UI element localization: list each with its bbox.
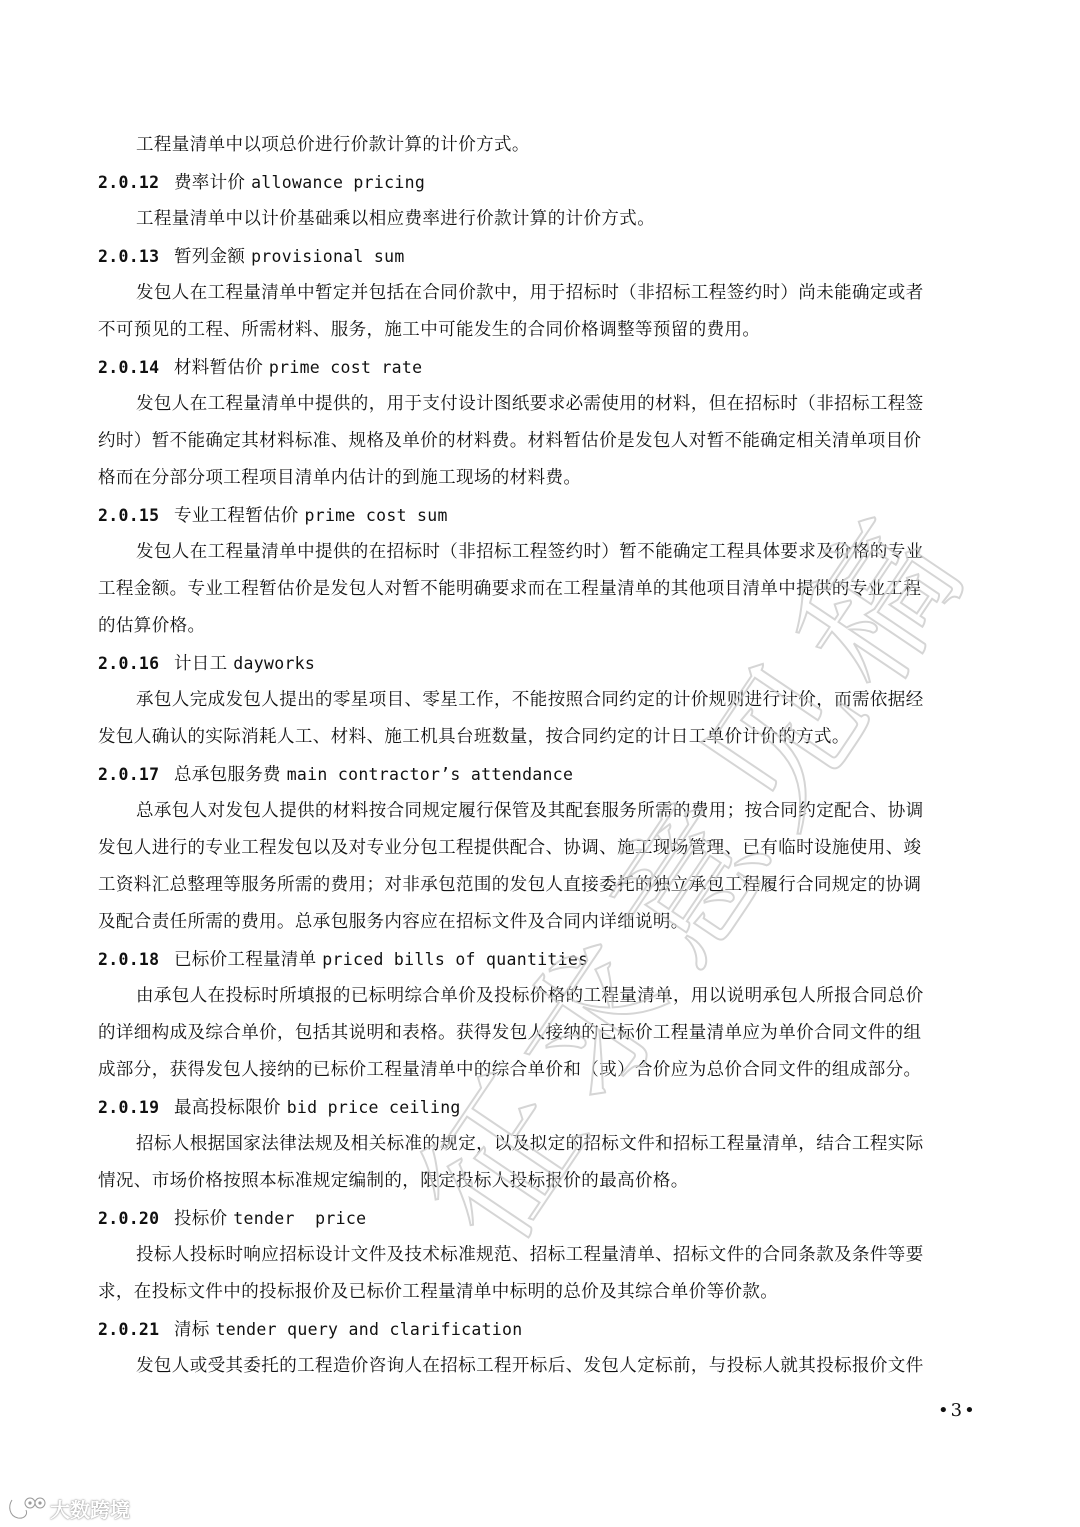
section-number: 2.0.12: [98, 164, 160, 201]
term-english: prime cost rate: [269, 358, 423, 377]
definition-text-line: 由承包人在投标时所填报的已标明综合单价及投标价格的工程量清单，用以说明承包人所报…: [98, 978, 976, 1015]
term-english: dayworks: [233, 654, 315, 673]
definition-text-line: 发包人在工程量清单中提供的在招标时（非招标工程签约时）暂不能确定工程具体要求及价…: [98, 534, 976, 571]
term-chinese: 暂列金额: [174, 247, 245, 267]
section-number: 2.0.17: [98, 756, 160, 793]
definition-text-line: 成部分，获得发包人接纳的已标价工程量清单中的综合单价和（或）合价应为总价合同文件…: [98, 1052, 976, 1089]
term-chinese: 投标价: [174, 1209, 227, 1229]
term-english: bid price ceiling: [287, 1098, 461, 1117]
definition-text-line: 承包人完成发包人提出的零星项目、零星工作，不能按照合同约定的计价规则进行计价，而…: [98, 682, 976, 719]
document-body: 工程量清单中以项总价进行价款计算的计价方式。 2.0.12费率计价 allowa…: [98, 127, 976, 1385]
sections-container: 2.0.12费率计价 allowance pricing工程量清单中以计价基础乘…: [98, 164, 976, 1385]
term-english: allowance pricing: [251, 173, 425, 192]
definition-text-line: 招标人根据国家法律法规及相关标准的规定，以及拟定的招标文件和招标工程量清单，结合…: [98, 1126, 976, 1163]
section-number: 2.0.13: [98, 238, 160, 275]
section-heading: 2.0.19最高投标限价 bid price ceiling: [98, 1089, 976, 1126]
page-number: •3•: [938, 1400, 977, 1421]
term-chinese: 清标: [174, 1320, 210, 1340]
section-number: 2.0.20: [98, 1200, 160, 1237]
definition-text-line: 工程量清单中以计价基础乘以相应费率进行价款计算的计价方式。: [98, 201, 976, 238]
section-heading: 2.0.17总承包服务费 main contractor’s attendanc…: [98, 756, 976, 793]
section-number: 2.0.21: [98, 1311, 160, 1348]
term-chinese: 总承包服务费: [174, 765, 281, 785]
section-heading: 2.0.21清标 tender query and clarification: [98, 1311, 976, 1348]
intro-line: 工程量清单中以项总价进行价款计算的计价方式。: [98, 127, 976, 164]
term-english: provisional sum: [251, 247, 405, 266]
definition-text-line: 工资料汇总整理等服务所需的费用；对非承包范围的发包人直接委托的独立承包工程履行合…: [98, 867, 976, 904]
term-chinese: 费率计价: [174, 173, 245, 193]
section-heading: 2.0.13暂列金额 provisional sum: [98, 238, 976, 275]
brand-logo-text: 大数跨境: [50, 1494, 130, 1523]
section-heading: 2.0.16计日工 dayworks: [98, 645, 976, 682]
term-chinese: 专业工程暂估价: [174, 506, 299, 526]
term-chinese: 最高投标限价: [174, 1098, 281, 1118]
definition-text-line: 格而在分部分项工程项目清单内估计的到施工现场的材料费。: [98, 460, 976, 497]
section-number: 2.0.18: [98, 941, 160, 978]
definition-text-line: 发包人在工程量清单中暂定并包括在合同价款中，用于招标时（非招标工程签约时）尚未能…: [98, 275, 976, 312]
term-chinese: 材料暂估价: [174, 358, 263, 378]
definition-text-line: 不可预见的工程、所需材料、服务，施工中可能发生的合同价格调整等预留的费用。: [98, 312, 976, 349]
term-chinese: 计日工: [174, 654, 227, 674]
section-heading: 2.0.14材料暂估价 prime cost rate: [98, 349, 976, 386]
definition-text-line: 工程金额。专业工程暂估价是发包人对暂不能明确要求而在工程量清单的其他项目清单中提…: [98, 571, 976, 608]
definition-text-line: 情况、市场价格按照本标准规定编制的，限定投标人投标报价的最高价格。: [98, 1163, 976, 1200]
weibo-style-eye-icon: [6, 1496, 46, 1522]
term-english: prime cost sum: [304, 506, 447, 525]
section-heading: 2.0.20投标价 tender price: [98, 1200, 976, 1237]
section-number: 2.0.15: [98, 497, 160, 534]
brand-logo: 大数跨境: [6, 1494, 130, 1523]
document-page: 工程量清单中以项总价进行价款计算的计价方式。 2.0.12费率计价 allowa…: [0, 0, 1080, 1527]
definition-text-line: 发包人进行的专业工程发包以及对专业分包工程提供配合、协调、施工现场管理、已有临时…: [98, 830, 976, 867]
definition-text-line: 发包人在工程量清单中提供的，用于支付设计图纸要求必需使用的材料，但在招标时（非招…: [98, 386, 976, 423]
term-english: tender query and clarification: [215, 1320, 522, 1339]
section-heading: 2.0.18已标价工程量清单 priced bills of quantitie…: [98, 941, 976, 978]
section-number: 2.0.14: [98, 349, 160, 386]
definition-text-line: 投标人投标时响应招标设计文件及技术标准规范、招标工程量清单、招标文件的合同条款及…: [98, 1237, 976, 1274]
definition-text-line: 总承包人对发包人提供的材料按合同规定履行保管及其配套服务所需的费用；按合同约定配…: [98, 793, 976, 830]
section-number: 2.0.19: [98, 1089, 160, 1126]
definition-text-line: 发包人确认的实际消耗人工、材料、施工机具台班数量，按合同约定的计日工单价计价的方…: [98, 719, 976, 756]
section-number: 2.0.16: [98, 645, 160, 682]
term-english: main contractor’s attendance: [287, 765, 574, 784]
definition-text-line: 约时）暂不能确定其材料标准、规格及单价的材料费。材料暂估价是发包人对暂不能确定相…: [98, 423, 976, 460]
term-english: tender price: [233, 1209, 366, 1228]
definition-text-line: 及配合责任所需的费用。总承包服务内容应在招标文件及合同内详细说明。: [98, 904, 976, 941]
definition-text-line: 的详细构成及综合单价，包括其说明和表格。获得发包人接纳的已标价工程量清单应为单价…: [98, 1015, 976, 1052]
definition-text-line: 的估算价格。: [98, 608, 976, 645]
term-english: priced bills of quantities: [322, 950, 588, 969]
section-heading: 2.0.15专业工程暂估价 prime cost sum: [98, 497, 976, 534]
definition-text-line: 求，在投标文件中的投标报价及已标价工程量清单中标明的总价及其综合单价等价款。: [98, 1274, 976, 1311]
section-heading: 2.0.12费率计价 allowance pricing: [98, 164, 976, 201]
term-chinese: 已标价工程量清单: [174, 950, 316, 970]
definition-text-line: 发包人或受其委托的工程造价咨询人在招标工程开标后、发包人定标前，与投标人就其投标…: [98, 1348, 976, 1385]
